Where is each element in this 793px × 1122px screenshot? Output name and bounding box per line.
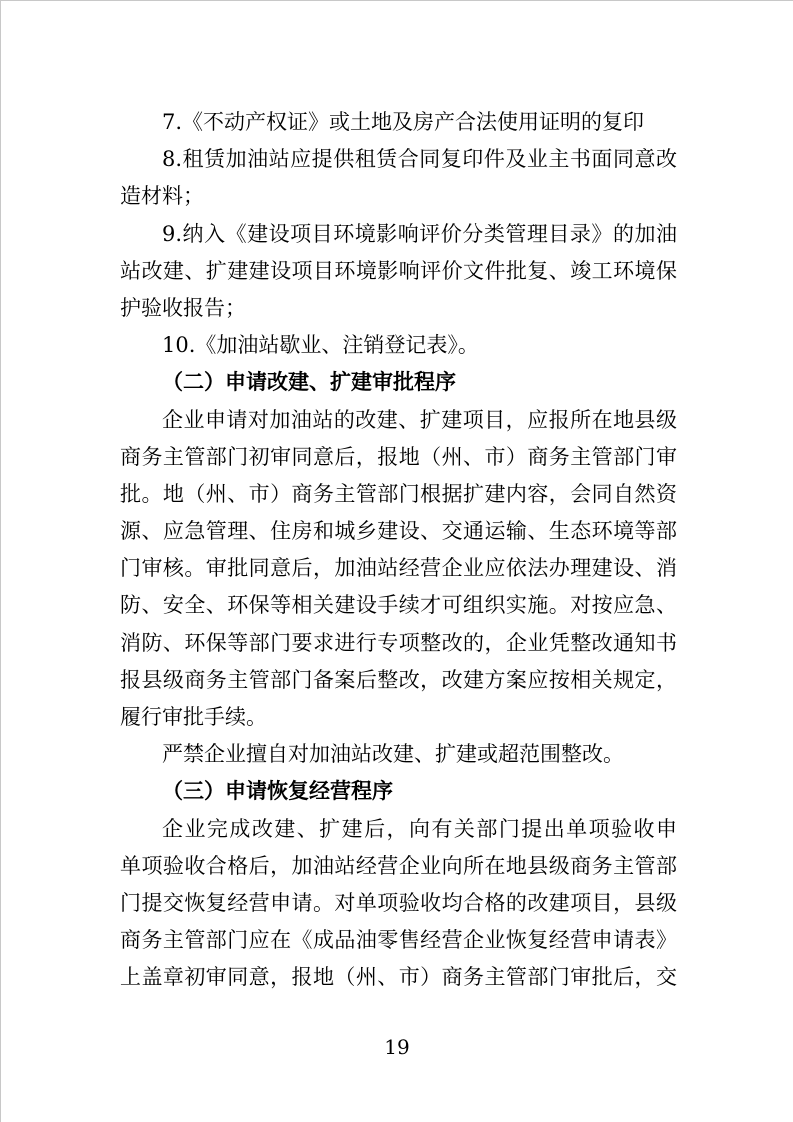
text-line: 门审核。审批同意后，加油站经营企业应依法办理建设、消 [120,550,677,587]
text-line: 站改建、扩建建设项目环境影响评价文件批复、竣工环境保 [120,253,677,290]
paragraph: 企业完成改建、扩建后，向有关部门提出单项验收申请，单项验收合格后，加油站经营企业… [120,811,677,997]
text-line: 护验收报告； [120,290,677,327]
text-line: 7.《不动产权证》或土地及房产合法使用证明的复印件； [120,104,677,141]
text-line: （三）申请恢复经营程序 [120,773,677,810]
text-line: 严禁企业擅自对加油站改建、扩建或超范围整改。 [120,736,677,773]
text-line: 报县级商务主管部门备案后整改，改建方案应按相关规定， [120,662,677,699]
document-body: 7.《不动产权证》或土地及房产合法使用证明的复印件；8.租赁加油站应提供租赁合同… [120,104,677,997]
section-heading: （二）申请改建、扩建审批程序 [120,364,677,401]
text-line: 9.纳入《建设项目环境影响评价分类管理目录》的加油 [120,216,677,253]
document-page: 7.《不动产权证》或土地及房产合法使用证明的复印件；8.租赁加油站应提供租赁合同… [0,0,793,1122]
text-line: 商务主管部门初审同意后，报地（州、市）商务主管部门审 [120,439,677,476]
text-line: 上盖章初审同意，报地（州、市）商务主管部门审批后，交 [120,959,677,996]
paragraph: 严禁企业擅自对加油站改建、扩建或超范围整改。 [120,736,677,773]
text-line: 源、应急管理、住房和城乡建设、交通运输、生态环境等部 [120,513,677,550]
text-line: 门提交恢复经营申请。对单项验收均合格的改建项目，县级 [120,885,677,922]
paragraph: 7.《不动产权证》或土地及房产合法使用证明的复印件； [120,104,677,141]
text-line: 消防、环保等部门要求进行专项整改的，企业凭整改通知书 [120,625,677,662]
text-line: 履行审批手续。 [120,699,677,736]
text-line: 8.租赁加油站应提供租赁合同复印件及业主书面同意改 [120,141,677,178]
text-line: 造材料； [120,178,677,215]
paragraph: 企业申请对加油站的改建、扩建项目，应报所在地县级商务主管部门初审同意后，报地（州… [120,402,677,737]
paragraph: 10.《加油站歇业、注销登记表》。 [120,327,677,364]
paragraph: 9.纳入《建设项目环境影响评价分类管理目录》的加油站改建、扩建建设项目环境影响评… [120,216,677,328]
text-line: 商务主管部门应在《成品油零售经营企业恢复经营申请表》 [120,922,677,959]
text-line: 企业申请对加油站的改建、扩建项目，应报所在地县级 [120,402,677,439]
text-line: （二）申请改建、扩建审批程序 [120,364,677,401]
text-line: 企业完成改建、扩建后，向有关部门提出单项验收申请， [120,811,677,848]
paragraph: 8.租赁加油站应提供租赁合同复印件及业主书面同意改造材料； [120,141,677,215]
text-line: 防、安全、环保等相关建设手续才可组织实施。对按应急、 [120,587,677,624]
section-heading: （三）申请恢复经营程序 [120,773,677,810]
text-line: 单项验收合格后，加油站经营企业向所在地县级商务主管部 [120,848,677,885]
text-line: 10.《加油站歇业、注销登记表》。 [120,327,677,364]
text-line: 批。地（州、市）商务主管部门根据扩建内容，会同自然资 [120,476,677,513]
page-number: 19 [1,1034,793,1060]
